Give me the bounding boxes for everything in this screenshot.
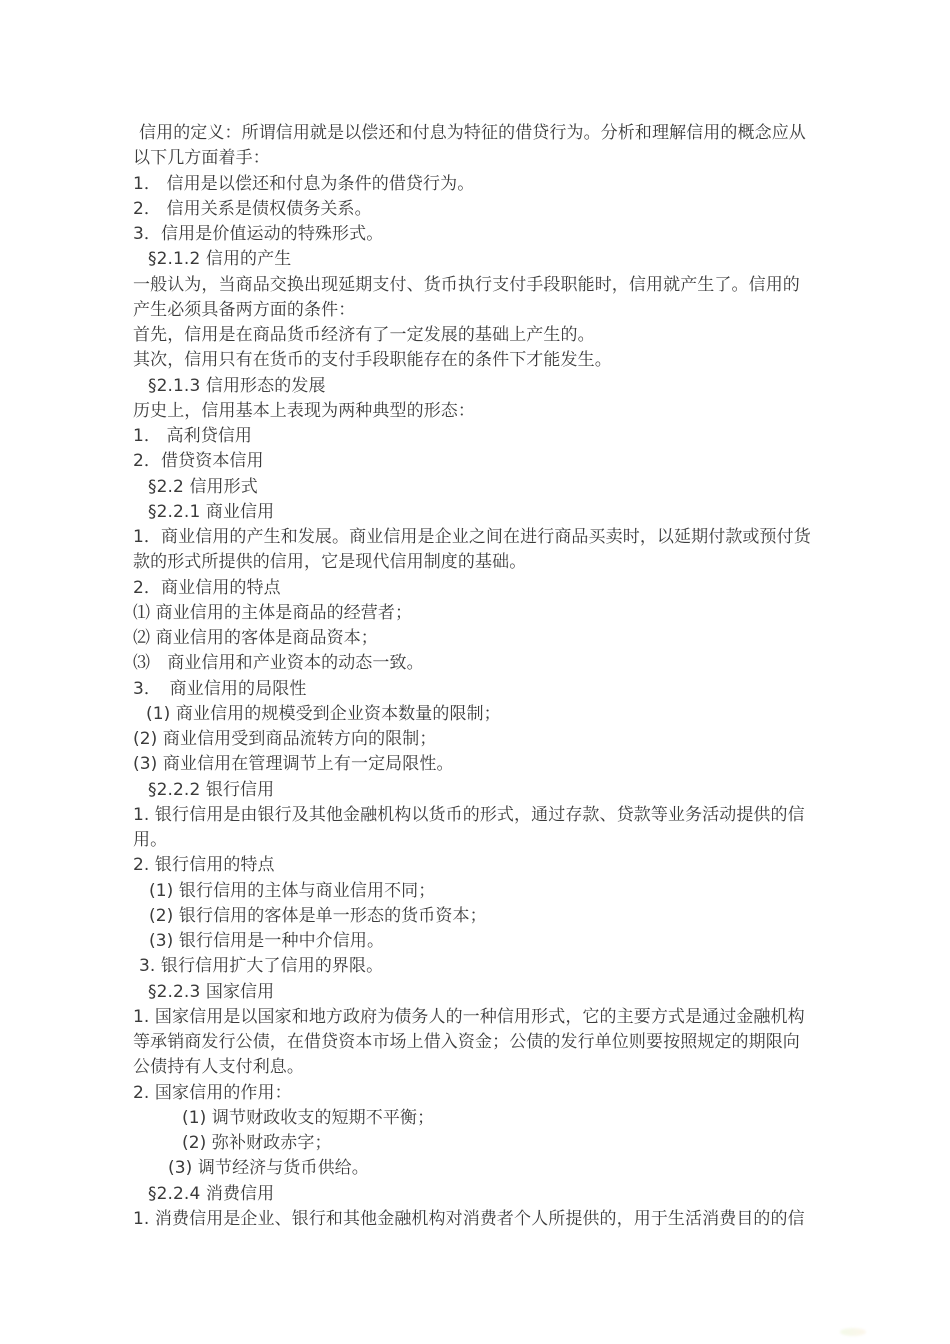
text-line: 1．商业信用的产生和发展。商业信用是企业之间在进行商品买卖时，以延期付款或预付货 bbox=[133, 525, 853, 550]
text-line: 等承销商发行公债，在借贷资本市场上借入资金；公债的发行单位则要按照规定的期限向 bbox=[133, 1030, 853, 1055]
text-line: (3) 商业信用在管理调节上有一定局限性。 bbox=[133, 752, 853, 777]
text-line: 其次，信用只有在货币的支付手段职能存在的条件下才能发生。 bbox=[133, 348, 853, 373]
text-line: 一般认为，当商品交换出现延期支付、货币执行支付手段职能时，信用就产生了。信用的 bbox=[133, 273, 853, 298]
text-line: 用。 bbox=[133, 828, 853, 853]
text-line: (2) 弥补财政赤字； bbox=[133, 1131, 853, 1156]
text-line: 3．信用是价值运动的特殊形式。 bbox=[133, 222, 853, 247]
document-text: 信用的定义：所谓信用就是以偿还和付息为特征的借贷行为。分析和理解信用的概念应从以… bbox=[133, 121, 853, 1232]
text-line: (3) 调节经济与货币供给。 bbox=[133, 1156, 853, 1181]
text-line: (1) 调节财政收支的短期不平衡； bbox=[133, 1106, 853, 1131]
text-line: ⑵ 商业信用的客体是商品资本； bbox=[133, 626, 853, 651]
text-line: (1) 商业信用的规模受到企业资本数量的限制； bbox=[133, 702, 853, 727]
text-line: §2.2.3 国家信用 bbox=[133, 980, 853, 1005]
text-line: 2. 银行信用的特点 bbox=[133, 853, 853, 878]
text-line: §2.2.2 银行信用 bbox=[133, 778, 853, 803]
text-line: 1. 消费信用是企业、银行和其他金融机构对消费者个人所提供的，用于生活消费目的的… bbox=[133, 1207, 853, 1232]
text-line: 3． 商业信用的局限性 bbox=[133, 677, 853, 702]
text-line: 历史上，信用基本上表现为两种典型的形态： bbox=[133, 399, 853, 424]
text-line: 以下几方面着手： bbox=[133, 146, 853, 171]
document-page: 信用的定义：所谓信用就是以偿还和付息为特征的借贷行为。分析和理解信用的概念应从以… bbox=[0, 0, 950, 1344]
text-line: 2．商业信用的特点 bbox=[133, 576, 853, 601]
text-line: ⑶ 商业信用和产业资本的动态一致。 bbox=[133, 651, 853, 676]
text-line: 产生必须具备两方面的条件： bbox=[133, 298, 853, 323]
text-line: (2) 银行信用的客体是单一形态的货币资本； bbox=[133, 904, 853, 929]
text-line: ⑴ 商业信用的主体是商品的经营者； bbox=[133, 601, 853, 626]
text-line: 公债持有人支付利息。 bbox=[133, 1055, 853, 1080]
text-line: 3. 银行信用扩大了信用的界限。 bbox=[133, 954, 853, 979]
text-line: 2. 国家信用的作用： bbox=[133, 1081, 853, 1106]
text-line: §2.2 信用形式 bbox=[133, 475, 853, 500]
text-line: 款的形式所提供的信用，它是现代信用制度的基础。 bbox=[133, 550, 853, 575]
watermark-artifact bbox=[840, 1328, 866, 1336]
text-line: 2． 信用关系是债权债务关系。 bbox=[133, 197, 853, 222]
text-line: (1) 银行信用的主体与商业信用不同； bbox=[133, 879, 853, 904]
text-line: 信用的定义：所谓信用就是以偿还和付息为特征的借贷行为。分析和理解信用的概念应从 bbox=[133, 121, 853, 146]
text-line: 首先，信用是在商品货币经济有了一定发展的基础上产生的。 bbox=[133, 323, 853, 348]
text-line: (3) 银行信用是一种中介信用。 bbox=[133, 929, 853, 954]
text-line: §2.2.4 消费信用 bbox=[133, 1182, 853, 1207]
text-line: 1． 信用是以偿还和付息为条件的借贷行为。 bbox=[133, 172, 853, 197]
text-line: §2.2.1 商业信用 bbox=[133, 500, 853, 525]
text-line: §2.1.2 信用的产生 bbox=[133, 247, 853, 272]
text-line: 1． 高利贷信用 bbox=[133, 424, 853, 449]
text-line: (2) 商业信用受到商品流转方向的限制； bbox=[133, 727, 853, 752]
text-line: 2．借贷资本信用 bbox=[133, 449, 853, 474]
text-line: 1. 银行信用是由银行及其他金融机构以货币的形式，通过存款、贷款等业务活动提供的… bbox=[133, 803, 853, 828]
text-line: 1. 国家信用是以国家和地方政府为债务人的一种信用形式，它的主要方式是通过金融机… bbox=[133, 1005, 853, 1030]
text-line: §2.1.3 信用形态的发展 bbox=[133, 374, 853, 399]
